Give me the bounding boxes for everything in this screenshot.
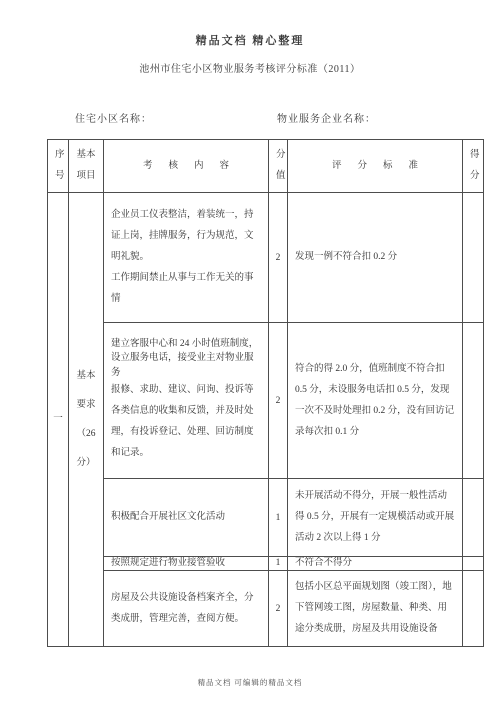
- points-cell: [463, 479, 484, 557]
- criteria-cell: 发现一例不符合扣 0.2 分: [288, 193, 463, 323]
- table-row: 建立客服中心和 24 小时值班制度，设立服务电话，接受业主对物业服务 报修、求助…: [48, 323, 484, 479]
- content-paragraph: 按照规定进行物业接管验收: [111, 558, 261, 569]
- table-row: 房屋及公共设施设备档案齐全，分类成册，管理完善，查阅方便。 2 包括小区总平面规…: [48, 571, 484, 647]
- score-cell: 2: [269, 323, 288, 479]
- points-cell: [463, 323, 484, 479]
- points-cell: [463, 571, 484, 647]
- content-cell: 按照规定进行物业接管验收: [104, 557, 269, 571]
- score-cell: 2: [269, 571, 288, 647]
- header-points: 得 分: [463, 140, 484, 193]
- content-paragraph: 房屋及公共设施设备档案齐全，分类成册，管理完善，查阅方便。: [111, 588, 261, 630]
- table-header-row: 序 号 基本 项目 考核内容 分 值 评分标准 得 分: [48, 140, 484, 193]
- points-cell: [463, 193, 484, 323]
- serial-number-cell: 一: [48, 193, 69, 647]
- content-cell: 企业员工仪表整洁，着装统一，持证上岗，挂牌服务，行为规范，文明礼貌。 工作期间禁…: [104, 193, 269, 323]
- watermark-top: 精品文档 精心整理: [0, 32, 500, 48]
- score-cell: 1: [269, 479, 288, 557]
- table-row: 积极配合开展社区文化活动 1 未开展活动不得分，开展一般性活动得 0.5 分，开…: [48, 479, 484, 557]
- header-category: 基本 项目: [69, 140, 104, 193]
- content-paragraph: 企业员工仪表整洁，着装统一，持证上岗，挂牌服务，行为规范，文明礼貌。: [111, 205, 261, 268]
- document-title: 池州市住宅小区物业服务考核评分标准（2011）: [0, 60, 500, 75]
- points-cell: [463, 557, 484, 571]
- criteria-paragraph: 包括小区总平面规划图（竣工图），地下管网竣工图，房屋数量、种类、用途分类成册，房…: [295, 577, 455, 640]
- content-paragraph: 工作期间禁止从事与工作无关的事情: [111, 268, 261, 310]
- content-cell: 积极配合开展社区文化活动: [104, 479, 269, 557]
- criteria-paragraph: 未开展活动不得分，开展一般性活动得 0.5 分，开展有一定规模活动或开展活动 2…: [295, 486, 455, 549]
- score-cell: 2: [269, 193, 288, 323]
- company-name-label: 物业服务企业名称：: [277, 110, 376, 125]
- community-name-label: 住宅小区名称：: [75, 110, 152, 125]
- table-row: 一 基本 要求 （26 分） 企业员工仪表整洁，着装统一，持证上岗，挂牌服务，行…: [48, 193, 484, 323]
- content-paragraph: 报修、求助、建议、问询、投诉等各类信息的收集和反馈，并及时处理，有投诉登记、处理…: [111, 380, 261, 464]
- content-paragraph: 建立客服中心和 24 小时值班制度，设立服务电话，接受业主对物业服务: [111, 337, 261, 381]
- header-score: 分 值: [269, 140, 288, 193]
- criteria-paragraph: 不符合不得分: [295, 558, 455, 569]
- criteria-cell: 包括小区总平面规划图（竣工图），地下管网竣工图，房屋数量、种类、用途分类成册，房…: [288, 571, 463, 647]
- criteria-cell: 符合的得 2.0 分，值班制度不符合扣 0.5 分，未设服务电话扣 0.5 分，…: [288, 323, 463, 479]
- content-cell: 房屋及公共设施设备档案齐全，分类成册，管理完善，查阅方便。: [104, 571, 269, 647]
- content-paragraph: 积极配合开展社区文化活动: [111, 507, 261, 528]
- category-cell: 基本 要求 （26 分）: [69, 193, 104, 647]
- header-criteria: 评分标准: [288, 140, 463, 193]
- criteria-cell: 未开展活动不得分，开展一般性活动得 0.5 分，开展有一定规模活动或开展活动 2…: [288, 479, 463, 557]
- criteria-cell: 不符合不得分: [288, 557, 463, 571]
- criteria-paragraph: 发现一例不符合扣 0.2 分: [295, 247, 455, 268]
- header-serial: 序 号: [48, 140, 69, 193]
- watermark-bottom: 精品文档 可编辑的精品文档: [0, 677, 500, 688]
- score-cell: 1: [269, 557, 288, 571]
- table-row: 按照规定进行物业接管验收 1 不符合不得分: [48, 557, 484, 571]
- criteria-paragraph: 符合的得 2.0 分，值班制度不符合扣 0.5 分，未设服务电话扣 0.5 分，…: [295, 359, 455, 443]
- content-cell: 建立客服中心和 24 小时值班制度，设立服务电话，接受业主对物业服务 报修、求助…: [104, 323, 269, 479]
- document-page: 精品文档 精心整理 池州市住宅小区物业服务考核评分标准（2011） 住宅小区名称…: [0, 0, 500, 707]
- assessment-table: 序 号 基本 项目 考核内容 分 值 评分标准 得 分 一 基本 要求 （26 …: [47, 139, 484, 647]
- header-content: 考核内容: [104, 140, 269, 193]
